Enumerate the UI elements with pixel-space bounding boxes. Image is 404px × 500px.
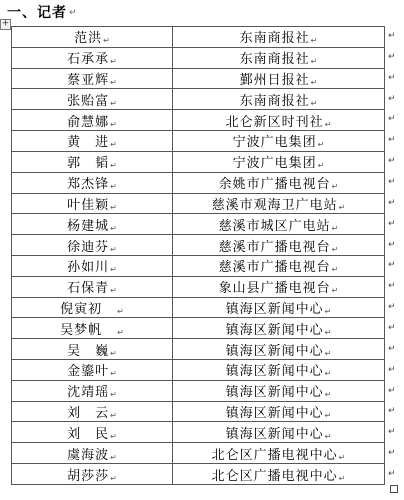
- name-cell[interactable]: 蔡亚辉↵: [12, 68, 173, 89]
- cell-end-mark-icon: ↵: [110, 265, 117, 274]
- org-cell[interactable]: 镇海区新闻中心↵: [173, 297, 385, 318]
- organization-name: 慈溪市观海卫广电站: [212, 197, 338, 212]
- cell-end-mark-icon: ↵: [103, 36, 110, 45]
- reporter-name: 郭 韬: [67, 155, 109, 170]
- cell-end-mark-icon: ↵: [325, 411, 332, 420]
- org-cell[interactable]: 北仑区广播电视中心↵: [173, 464, 385, 485]
- org-cell[interactable]: 镇海区新闻中心↵: [173, 401, 385, 422]
- cell-end-mark-icon: ↵: [332, 286, 339, 295]
- cell-end-mark-icon: ↵: [325, 369, 332, 378]
- reporter-name: 孙如川: [67, 259, 109, 274]
- organization-name: 余姚市广播电视台: [219, 176, 331, 191]
- table-row: 叶佳颖↵ 慈溪市观海卫广电站↵: [12, 193, 385, 214]
- organization-name: 镇海区新闻中心: [226, 426, 324, 441]
- org-cell[interactable]: 慈溪市城区广电站↵: [173, 214, 385, 235]
- table-row: 刘 民↵ 镇海区新闻中心↵: [12, 422, 385, 443]
- table-row: 金鎏叶↵ 镇海区新闻中心↵: [12, 360, 385, 381]
- section-title: 一、记者↵: [7, 2, 77, 22]
- table-row: 石保青↵ 象山县广播电视台↵: [12, 276, 385, 297]
- org-cell[interactable]: 镇海区新闻中心↵: [173, 380, 385, 401]
- row-end-mark-icon: ↵: [388, 255, 402, 276]
- table-row: 黄 进↵ 宁波广电集团↵: [12, 131, 385, 152]
- table-row: 郭 韬↵ 宁波广电集团↵: [12, 151, 385, 172]
- row-end-mark-icon: ↵: [388, 318, 402, 339]
- cell-end-mark-icon: ↵: [110, 203, 117, 212]
- org-cell[interactable]: 鄞州日报社↵: [173, 68, 385, 89]
- reporter-name: 倪寅初: [60, 301, 116, 316]
- row-end-mark-icon: ↵: [388, 360, 402, 381]
- cell-end-mark-icon: ↵: [318, 161, 325, 170]
- reporter-name: 沈靖瑶: [67, 384, 109, 399]
- name-cell[interactable]: 徐迪芬↵: [12, 235, 173, 256]
- organization-name: 镇海区新闻中心: [226, 384, 324, 399]
- name-cell[interactable]: 沈靖瑶↵: [12, 380, 173, 401]
- cell-end-mark-icon: ↵: [110, 182, 117, 191]
- org-cell[interactable]: 慈溪市广播电视台↵: [173, 255, 385, 276]
- org-cell[interactable]: 东南商报社↵: [173, 47, 385, 68]
- table-row: 胡莎莎↵ 北仑区广播电视中心↵: [12, 464, 385, 485]
- reporter-name: 俞慧娜: [67, 114, 109, 129]
- cell-end-mark-icon: ↵: [110, 349, 117, 358]
- name-cell[interactable]: 范洪↵: [12, 27, 173, 48]
- reporter-name: 石承承: [67, 51, 109, 66]
- row-end-mark-icon: ↵: [388, 26, 402, 47]
- cell-end-mark-icon: ↵: [325, 307, 332, 316]
- cell-end-mark-icon: ↵: [117, 328, 124, 337]
- cell-end-mark-icon: ↵: [325, 349, 332, 358]
- name-cell[interactable]: 杨建城↵: [12, 214, 173, 235]
- cell-end-mark-icon: ↵: [318, 140, 325, 149]
- organization-name: 鄞州日报社: [240, 72, 310, 87]
- organization-name: 镇海区新闻中心: [226, 405, 324, 420]
- reporter-name: 刘 云: [67, 405, 109, 420]
- reporter-name: 叶佳颖: [67, 197, 109, 212]
- reporter-name: 胡莎莎: [67, 468, 109, 483]
- table-row: 俞慧娜↵ 北仑新区时刊社↵: [12, 110, 385, 131]
- row-end-mark-icon: ↵: [388, 276, 402, 297]
- org-cell[interactable]: 镇海区新闻中心↵: [173, 339, 385, 360]
- cell-end-mark-icon: ↵: [110, 78, 117, 87]
- cell-end-mark-icon: ↵: [110, 140, 117, 149]
- organization-name: 北仑区广播电视中心: [212, 468, 338, 483]
- cell-end-mark-icon: ↵: [110, 120, 117, 129]
- name-cell[interactable]: 刘 民↵: [12, 422, 173, 443]
- reporter-name: 徐迪芬: [67, 239, 109, 254]
- name-cell[interactable]: 虞海波↵: [12, 443, 173, 464]
- cell-end-mark-icon: ↵: [110, 224, 117, 233]
- row-end-mark-icon: ↵: [388, 130, 402, 151]
- table-row: 吴 巍↵ 镇海区新闻中心↵: [12, 339, 385, 360]
- table-row: 吴梦帆 ↵ 镇海区新闻中心↵: [12, 318, 385, 339]
- organization-name: 镇海区新闻中心: [226, 301, 324, 316]
- org-cell[interactable]: 镇海区新闻中心↵: [173, 422, 385, 443]
- cell-end-mark-icon: ↵: [110, 161, 117, 170]
- name-cell[interactable]: 吴梦帆 ↵: [12, 318, 173, 339]
- cell-end-mark-icon: ↵: [311, 78, 318, 87]
- table-row: 虞海波↵ 北仑区广播电视中心↵: [12, 443, 385, 464]
- name-cell[interactable]: 俞慧娜↵: [12, 110, 173, 131]
- reporter-name: 蔡亚辉: [67, 72, 109, 87]
- cell-end-mark-icon: ↵: [110, 99, 117, 108]
- reporters-table: 范洪↵ 东南商报社↵ 石承承↵ 东南商报社↵ 蔡亚辉↵ 鄞州日报社↵ 张贻富↵ …: [11, 26, 385, 485]
- organization-name: 北仑新区时刊社: [226, 114, 324, 129]
- org-cell[interactable]: 镇海区新闻中心↵: [173, 360, 385, 381]
- name-cell[interactable]: 黄 进↵: [12, 131, 173, 152]
- row-end-mark-icon: ↵: [388, 339, 402, 360]
- reporter-name: 张贻富: [67, 93, 109, 108]
- row-end-mark-icon: ↵: [388, 151, 402, 172]
- cell-end-mark-icon: ↵: [325, 432, 332, 441]
- cell-end-mark-icon: ↵: [332, 224, 339, 233]
- cell-end-mark-icon: ↵: [110, 286, 117, 295]
- cell-end-mark-icon: ↵: [110, 390, 117, 399]
- table-row: 蔡亚辉↵ 鄞州日报社↵: [12, 68, 385, 89]
- cell-end-mark-icon: ↵: [332, 265, 339, 274]
- reporter-name: 吴梦帆: [60, 322, 116, 337]
- organization-name: 慈溪市广播电视台: [219, 259, 331, 274]
- row-end-mark-icon: ↵: [388, 89, 402, 110]
- row-end-mark-icon: ↵: [388, 422, 402, 443]
- cell-end-mark-icon: ↵: [325, 390, 332, 399]
- row-end-mark-icon: ↵: [388, 68, 402, 89]
- name-cell[interactable]: 叶佳颖↵: [12, 193, 173, 214]
- row-end-mark-icon: ↵: [388, 443, 402, 464]
- name-cell[interactable]: 石保青↵: [12, 276, 173, 297]
- name-cell[interactable]: 张贻富↵: [12, 89, 173, 110]
- organization-name: 东南商报社: [240, 51, 310, 66]
- document-page: + 一、记者↵ 范洪↵ 东南商报社↵ 石承承↵ 东南商报社↵ 蔡亚辉↵ 鄞州日报…: [0, 0, 404, 500]
- organization-name: 宁波广电集团: [233, 134, 317, 149]
- row-end-mark-icon: ↵: [388, 235, 402, 256]
- org-cell[interactable]: 慈溪市广播电视台↵: [173, 235, 385, 256]
- name-cell[interactable]: 胡莎莎↵: [12, 464, 173, 485]
- reporter-name: 金鎏叶: [67, 363, 109, 378]
- reporter-name: 虞海波: [67, 447, 109, 462]
- row-end-mark-icon: ↵: [388, 47, 402, 68]
- row-end-mark-icon: ↵: [388, 297, 402, 318]
- cell-end-mark-icon: ↵: [110, 432, 117, 441]
- cell-end-mark-icon: ↵: [117, 307, 124, 316]
- cell-end-mark-icon: ↵: [110, 411, 117, 420]
- cell-end-mark-icon: ↵: [110, 57, 117, 66]
- table-row: 倪寅初 ↵ 镇海区新闻中心↵: [12, 297, 385, 318]
- row-end-mark-icon: ↵: [388, 214, 402, 235]
- org-cell[interactable]: 慈溪市观海卫广电站↵: [173, 193, 385, 214]
- organization-name: 东南商报社: [240, 30, 310, 45]
- org-cell[interactable]: 北仑新区时刊社↵: [173, 110, 385, 131]
- reporter-name: 刘 民: [67, 426, 109, 441]
- table-row: 孙如川↵ 慈溪市广播电视台↵: [12, 255, 385, 276]
- org-cell[interactable]: 宁波广电集团↵: [173, 131, 385, 152]
- cell-end-mark-icon: ↵: [311, 36, 318, 45]
- reporter-name: 石保青: [67, 280, 109, 295]
- table-row: 刘 云↵ 镇海区新闻中心↵: [12, 401, 385, 422]
- row-end-marks: ↵↵↵↵↵↵↵↵↵↵↵↵↵↵↵↵↵↵↵↵↵↵: [388, 26, 402, 485]
- name-cell[interactable]: 石承承↵: [12, 47, 173, 68]
- section-title-text: 一、记者: [7, 6, 67, 21]
- name-cell[interactable]: 刘 云↵: [12, 401, 173, 422]
- paragraph-mark-icon: ↵: [69, 8, 77, 18]
- reporter-name: 黄 进: [67, 134, 109, 149]
- cell-end-mark-icon: ↵: [110, 245, 117, 254]
- table-row: 石承承↵ 东南商报社↵: [12, 47, 385, 68]
- cell-end-mark-icon: ↵: [325, 328, 332, 337]
- organization-name: 慈溪市城区广电站: [219, 218, 331, 233]
- org-cell[interactable]: 镇海区新闻中心↵: [173, 318, 385, 339]
- cell-end-mark-icon: ↵: [339, 203, 346, 212]
- cell-end-mark-icon: ↵: [339, 453, 346, 462]
- organization-name: 宁波广电集团: [233, 155, 317, 170]
- cell-end-mark-icon: ↵: [110, 474, 117, 483]
- name-cell[interactable]: 吴 巍↵: [12, 339, 173, 360]
- org-cell[interactable]: 余姚市广播电视台↵: [173, 172, 385, 193]
- table-row: 杨建城↵ 慈溪市城区广电站↵: [12, 214, 385, 235]
- table-row: 张贻富↵ 东南商报社↵: [12, 89, 385, 110]
- name-cell[interactable]: 倪寅初 ↵: [12, 297, 173, 318]
- organization-name: 慈溪市广播电视台: [219, 239, 331, 254]
- row-end-mark-icon: ↵: [388, 381, 402, 402]
- reporter-name: 范洪: [74, 30, 102, 45]
- table-resize-handle-icon[interactable]: [390, 485, 398, 493]
- organization-name: 镇海区新闻中心: [226, 322, 324, 337]
- table-row: 徐迪芬↵ 慈溪市广播电视台↵: [12, 235, 385, 256]
- cell-end-mark-icon: ↵: [332, 245, 339, 254]
- cell-end-mark-icon: ↵: [311, 57, 318, 66]
- reporter-name: 吴 巍: [67, 343, 109, 358]
- table-row: 沈靖瑶↵ 镇海区新闻中心↵: [12, 380, 385, 401]
- name-cell[interactable]: 郭 韬↵: [12, 151, 173, 172]
- cell-end-mark-icon: ↵: [110, 369, 117, 378]
- org-cell[interactable]: 象山县广播电视台↵: [173, 276, 385, 297]
- name-cell[interactable]: 金鎏叶↵: [12, 360, 173, 381]
- table-row: 范洪↵ 东南商报社↵: [12, 27, 385, 48]
- cell-end-mark-icon: ↵: [311, 99, 318, 108]
- org-cell[interactable]: 东南商报社↵: [173, 89, 385, 110]
- organization-name: 东南商报社: [240, 93, 310, 108]
- reporter-name: 杨建城: [67, 218, 109, 233]
- cell-end-mark-icon: ↵: [110, 453, 117, 462]
- row-end-mark-icon: ↵: [388, 464, 402, 485]
- organization-name: 北仑区广播电视中心: [212, 447, 338, 462]
- cell-end-mark-icon: ↵: [332, 182, 339, 191]
- name-cell[interactable]: 孙如川↵: [12, 255, 173, 276]
- row-end-mark-icon: ↵: [388, 172, 402, 193]
- row-end-mark-icon: ↵: [388, 193, 402, 214]
- cell-end-mark-icon: ↵: [339, 474, 346, 483]
- organization-name: 象山县广播电视台: [219, 280, 331, 295]
- row-end-mark-icon: ↵: [388, 401, 402, 422]
- name-cell[interactable]: 郑杰锋↵: [12, 172, 173, 193]
- organization-name: 镇海区新闻中心: [226, 363, 324, 378]
- organization-name: 镇海区新闻中心: [226, 343, 324, 358]
- org-cell[interactable]: 东南商报社↵: [173, 27, 385, 48]
- org-cell[interactable]: 宁波广电集团↵: [173, 151, 385, 172]
- row-end-mark-icon: ↵: [388, 109, 402, 130]
- reporter-name: 郑杰锋: [67, 176, 109, 191]
- cell-end-mark-icon: ↵: [325, 120, 332, 129]
- table-row: 郑杰锋↵ 余姚市广播电视台↵: [12, 172, 385, 193]
- org-cell[interactable]: 北仑区广播电视中心↵: [173, 443, 385, 464]
